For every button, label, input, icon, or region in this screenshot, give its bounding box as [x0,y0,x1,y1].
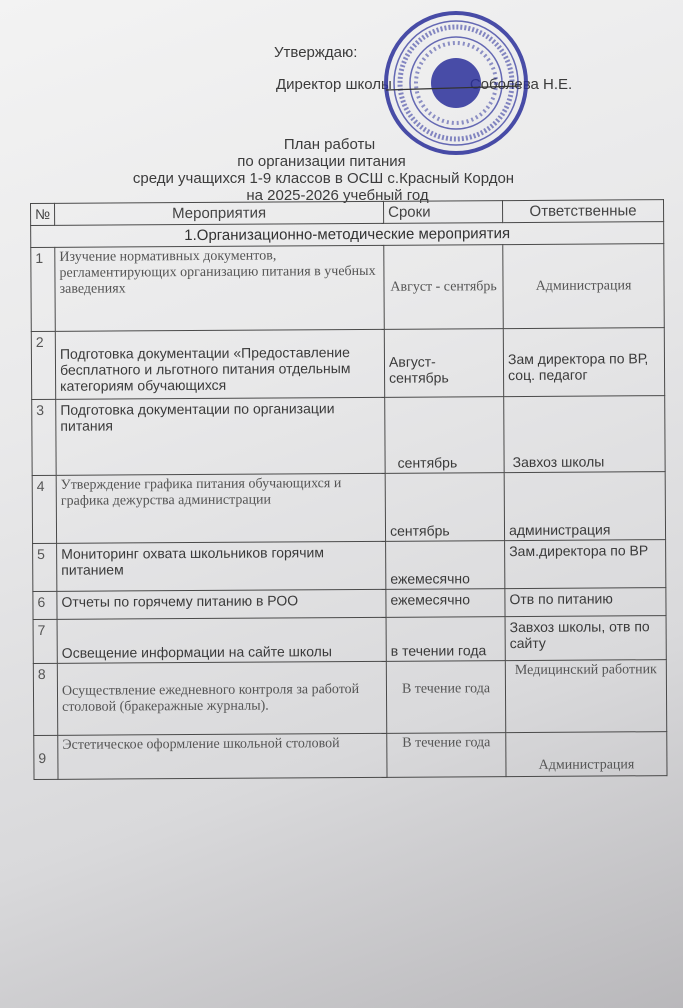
row-responsible: администрация [504,472,665,541]
director-label: Директор школы [276,76,392,93]
row-responsible: Администрация [506,732,667,777]
title-line-1: План работы [0,136,671,153]
row-terms: Август - сентябрь [384,245,504,330]
title-line-2: по организации питания [0,153,663,170]
row-activity: Осуществление ежедневного контроля за ра… [57,661,386,735]
document-title: План работы по организации питания среди… [0,136,683,204]
row-activity: Изучение нормативных документов, регламе… [55,245,385,331]
row-num: 8 [33,663,57,735]
table-row: 2 Подготовка документации «Предоставлени… [31,328,664,400]
row-responsible: Зам директора по ВР, соц. педагог [503,328,664,397]
table-row: 4 Утверждение графика питания обучающихс… [32,472,665,544]
table-row: 3 Подготовка документации по организации… [32,396,665,476]
row-activity: Эстетическое оформление школьной столово… [58,733,387,779]
row-num: 9 [34,735,58,779]
row-responsible: Отв по питанию [505,588,666,617]
row-terms: ежемесячно [386,589,505,618]
row-num: 2 [31,331,55,399]
header-terms: Сроки [384,201,503,224]
table-row: 8 Осуществление ежедневного контроля за … [33,660,666,736]
row-terms: ежемесячно [386,541,505,590]
row-terms: В течение года [386,661,505,734]
row-responsible: Завхоз школы, отв по сайту [505,616,666,661]
row-terms: Август- сентябрь [384,329,503,398]
row-responsible: Администрация [503,244,664,329]
row-activity: Утверждение графика питания обучающихся … [56,473,385,543]
title-line-3: среди учащихся 1-9 классов в ОСШ с.Красн… [0,170,665,187]
row-terms: сентябрь [385,473,504,542]
row-num: 1 [31,247,56,331]
row-activity: Подготовка документации по организации п… [56,397,385,475]
header-num: № [31,203,55,225]
row-activity: Отчеты по горячему питанию в РОО [57,589,386,619]
row-activity: Освещение информации на сайте школы [57,617,386,663]
row-responsible: Медицинский работник [505,660,666,733]
row-num: 7 [33,619,57,663]
row-num: 5 [33,543,57,591]
row-activity: Мониторинг охвата школьников горячим пит… [57,541,386,591]
row-responsible: Зам.директора по ВР [505,540,666,589]
row-terms: в течении года [386,617,505,662]
table-row: 9 Эстетическое оформление школьной столо… [34,732,667,780]
header-activity: Мероприятия [55,201,384,225]
table-row: 1 Изучение нормативных документов, регла… [31,244,665,332]
row-terms: В течение года [387,733,506,778]
row-num: 6 [33,591,57,619]
row-terms: сентябрь [385,397,504,474]
row-activity: Подготовка документации «Предоставление … [55,329,384,399]
header-responsible: Ответственные [503,200,664,223]
approve-label: Утверждаю: [274,44,357,61]
row-num: 4 [32,475,56,543]
table-row: 7 Освещение информации на сайте школы в … [33,616,666,664]
row-responsible: Завхоз школы [504,396,665,473]
plan-table: № Мероприятия Сроки Ответственные 1.Орга… [30,199,668,780]
row-num: 3 [32,399,56,475]
table-row: 6 Отчеты по горячему питанию в РОО ежеме… [33,588,666,620]
table-row: 5 Мониторинг охвата школьников горячим п… [33,540,666,592]
